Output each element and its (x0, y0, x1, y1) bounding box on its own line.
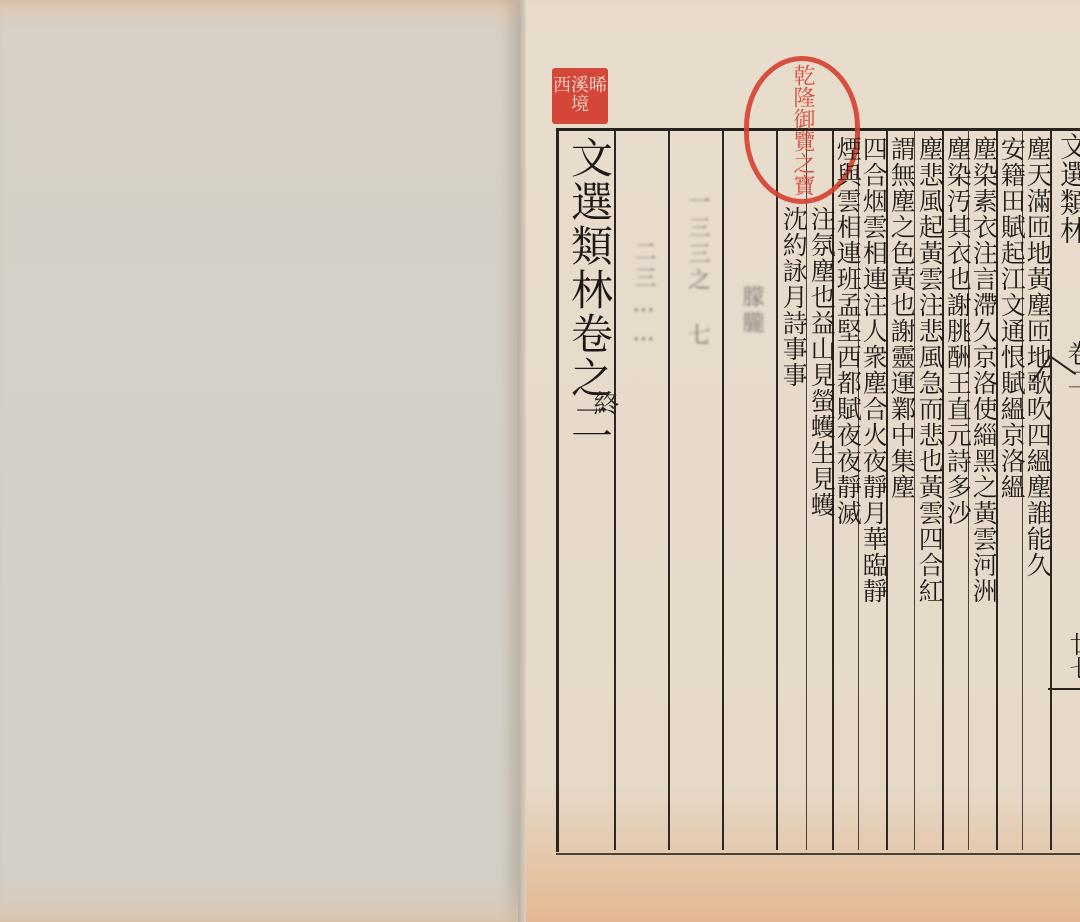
text-column-2: 安籍田賦起江文通恨賦縕京洛縕 (998, 136, 1024, 500)
fore-edge-page-number: 廿七 (1062, 632, 1080, 680)
text-column-5: 塵悲風起黃雲注悲風急而悲也黃雲四合紅 (916, 136, 942, 604)
text-column-8: 煙與雲相連班孟堅西都賦夜夜靜滅 (834, 136, 860, 526)
text-column-4: 塵染汚其衣也謝朓酬王直元詩多沙 (944, 136, 970, 526)
text-column-6: 謂無塵之色黃也謝靈運鄴中集塵 (888, 136, 914, 500)
text-column-7: 四合烟雲相連注人衆塵合火夜靜月華臨靜 (860, 136, 886, 604)
text-column-9: 注氛塵也益山見螢蠖生見蠖 (808, 206, 834, 518)
square-seal: 西溪晞境 (552, 68, 608, 124)
faded-text-2: 一三三之 七 (682, 190, 713, 349)
faded-text-3: 朦朧 (736, 285, 767, 337)
frame-left-border (556, 128, 559, 852)
column-rule (614, 130, 616, 850)
text-column-1: 塵天滿匝地黃塵匝地歌吹四縕塵誰能久 (1024, 136, 1050, 578)
text-column-3: 塵染素衣注言滯久京洛使緇黑之黃雲河洲 (970, 136, 996, 604)
end-mark: 終 (586, 390, 623, 416)
column-rule (776, 130, 778, 850)
fore-edge-title: 文選類林 (1058, 132, 1080, 244)
text-column-10: 沈約詠月詩事事 (780, 206, 806, 388)
column-rule (722, 130, 724, 850)
fore-edge-juan: 卷二 (1060, 340, 1080, 392)
oval-seal-text: 乾隆御覽之寶 (791, 64, 813, 196)
left-blank-page (0, 0, 520, 922)
faded-text-1: 二三…… (628, 240, 659, 350)
fore-edge-rule (1048, 688, 1080, 690)
column-rule (668, 130, 670, 850)
